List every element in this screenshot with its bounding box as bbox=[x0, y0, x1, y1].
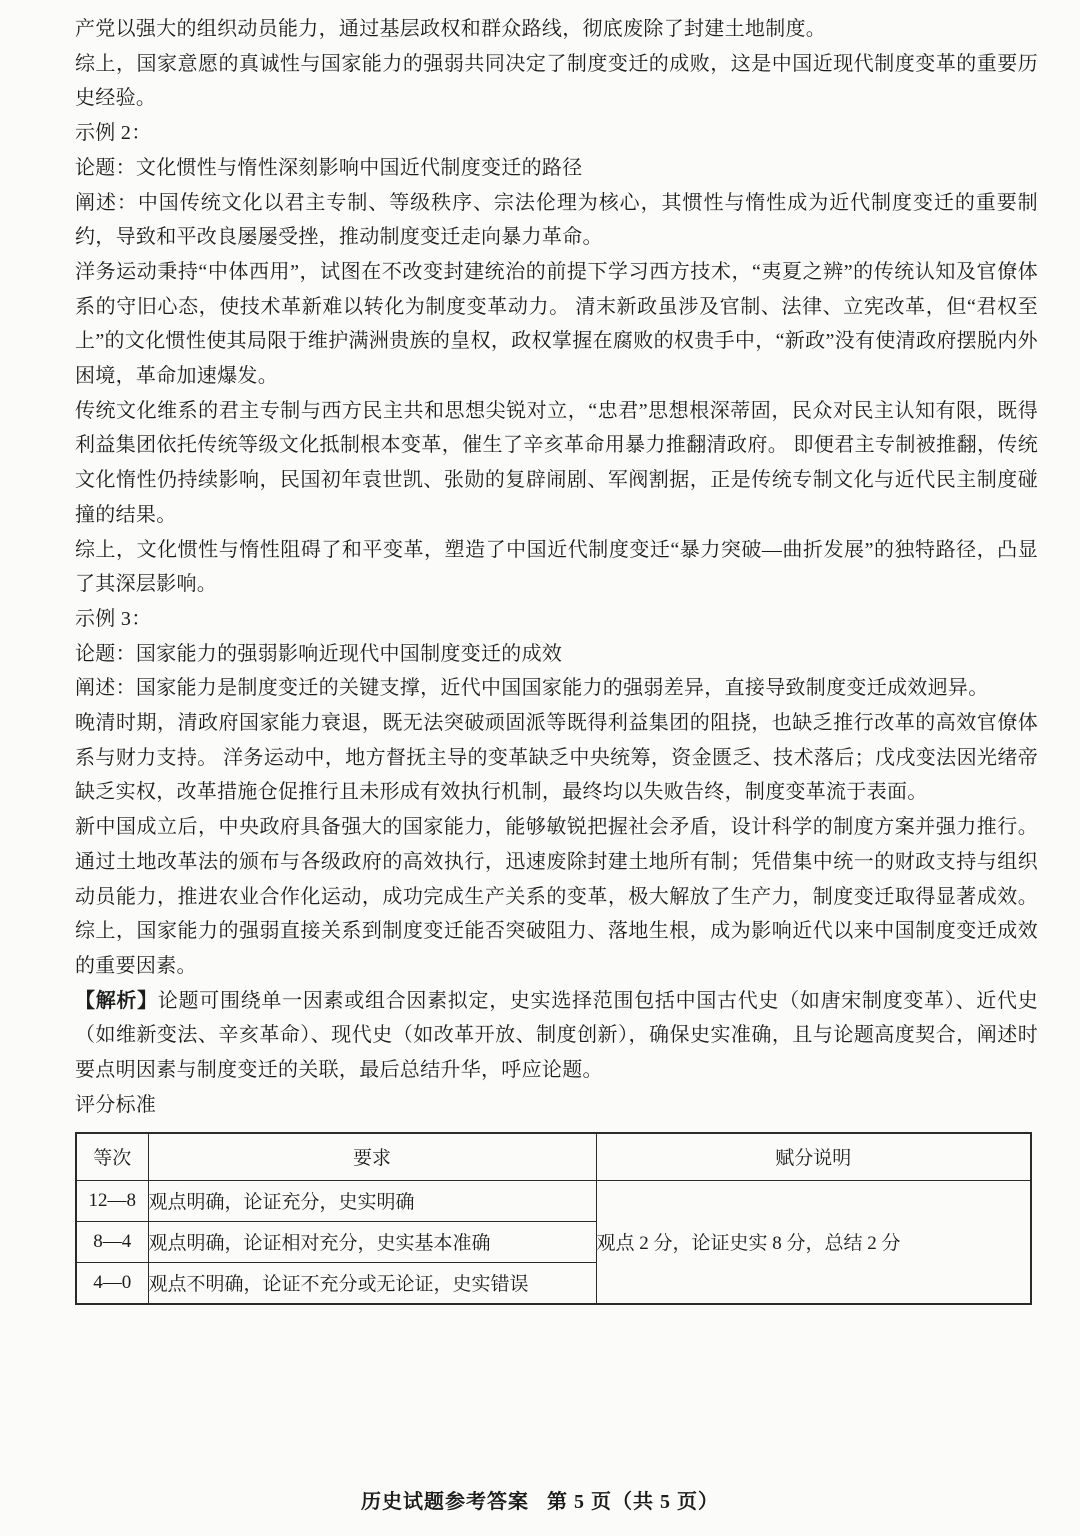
score-note-cell: 观点 2 分，论证史实 8 分，总结 2 分 bbox=[596, 1180, 1031, 1304]
paragraph-continuation: 产党以强大的组织动员能力，通过基层政权和群众路线，彻底废除了封建土地制度。 bbox=[75, 12, 1038, 47]
example-2-heading: 示例 2： bbox=[75, 116, 1038, 151]
example-2-summary: 综上，文化惯性与惰性阻碍了和平变革，塑造了中国近代制度变迁“暴力突破—曲折发展”… bbox=[75, 533, 1038, 602]
scoring-table: 等次 要求 赋分说明 12—8 观点明确，论证充分，史实明确 观点 2 分，论证… bbox=[75, 1132, 1032, 1305]
grade-cell: 8—4 bbox=[76, 1221, 148, 1262]
footer-document-title: 历史试题参考答案 bbox=[361, 1491, 529, 1513]
table-header-row: 等次 要求 赋分说明 bbox=[76, 1133, 1031, 1181]
paragraph-summary-1: 综上，国家意愿的真诚性与国家能力的强弱共同决定了制度变迁的成败，这是中国近现代制… bbox=[75, 47, 1038, 116]
page-footer: 历史试题参考答案第 5 页（共 5 页） bbox=[0, 1485, 1080, 1514]
scoring-standard-title: 评分标准 bbox=[75, 1088, 1038, 1123]
grade-cell: 4—0 bbox=[76, 1262, 148, 1304]
example-3-exposition-2: 晚清时期，清政府国家能力衰退，既无法突破顽固派等既得利益集团的阻挠，也缺乏推行改… bbox=[75, 706, 1038, 810]
analysis-label: 【解析】 bbox=[75, 990, 158, 1012]
analysis-paragraph: 【解析】论题可围绕单一因素或组合因素拟定，史实选择范围包括中国古代史（如唐宋制度… bbox=[75, 984, 1038, 1088]
footer-page-number: 第 5 页（共 5 页） bbox=[547, 1491, 719, 1513]
example-3-heading: 示例 3： bbox=[75, 602, 1038, 637]
table-row: 12—8 观点明确，论证充分，史实明确 观点 2 分，论证史实 8 分，总结 2… bbox=[76, 1180, 1031, 1221]
requirement-cell: 观点明确，论证相对充分，史实基本准确 bbox=[148, 1221, 596, 1262]
document-page: 产党以强大的组织动员能力，通过基层政权和群众路线，彻底废除了封建土地制度。 综上… bbox=[0, 0, 1080, 1536]
requirement-cell: 观点明确，论证充分，史实明确 bbox=[148, 1180, 596, 1221]
requirement-cell: 观点不明确，论证不充分或无论证，史实错误 bbox=[148, 1262, 596, 1304]
example-3-exposition-3: 新中国成立后，中央政府具备强大的国家能力，能够敏锐把握社会矛盾，设计科学的制度方… bbox=[75, 810, 1038, 984]
table-header-requirement: 要求 bbox=[148, 1133, 596, 1181]
answer-body: 产党以强大的组织动员能力，通过基层政权和群众路线，彻底废除了封建土地制度。 综上… bbox=[75, 12, 1038, 1305]
example-2-exposition-1: 阐述：中国传统文化以君主专制、等级秩序、宗法伦理为核心，其惯性与惰性成为近代制度… bbox=[75, 186, 1038, 255]
example-2-exposition-3: 传统文化维系的君主专制与西方民主共和思想尖锐对立，“忠君”思想根深蒂固，民众对民… bbox=[75, 394, 1038, 533]
example-3-exposition-1: 阐述：国家能力是制度变迁的关键支撑，近代中国国家能力的强弱差异，直接导致制度变迁… bbox=[75, 671, 1038, 706]
table-header-grade: 等次 bbox=[76, 1133, 148, 1181]
example-3-thesis: 论题：国家能力的强弱影响近现代中国制度变迁的成效 bbox=[75, 637, 1038, 672]
grade-cell: 12—8 bbox=[76, 1180, 148, 1221]
example-2-exposition-2: 洋务运动秉持“中体西用”，试图在不改变封建统治的前提下学习西方技术，“夷夏之辨”… bbox=[75, 255, 1038, 394]
example-2-thesis: 论题：文化惯性与惰性深刻影响中国近代制度变迁的路径 bbox=[75, 151, 1038, 186]
table-header-score-note: 赋分说明 bbox=[596, 1133, 1031, 1181]
analysis-text: 论题可围绕单一因素或组合因素拟定，史实选择范围包括中国古代史（如唐宋制度变革）、… bbox=[75, 990, 1038, 1081]
